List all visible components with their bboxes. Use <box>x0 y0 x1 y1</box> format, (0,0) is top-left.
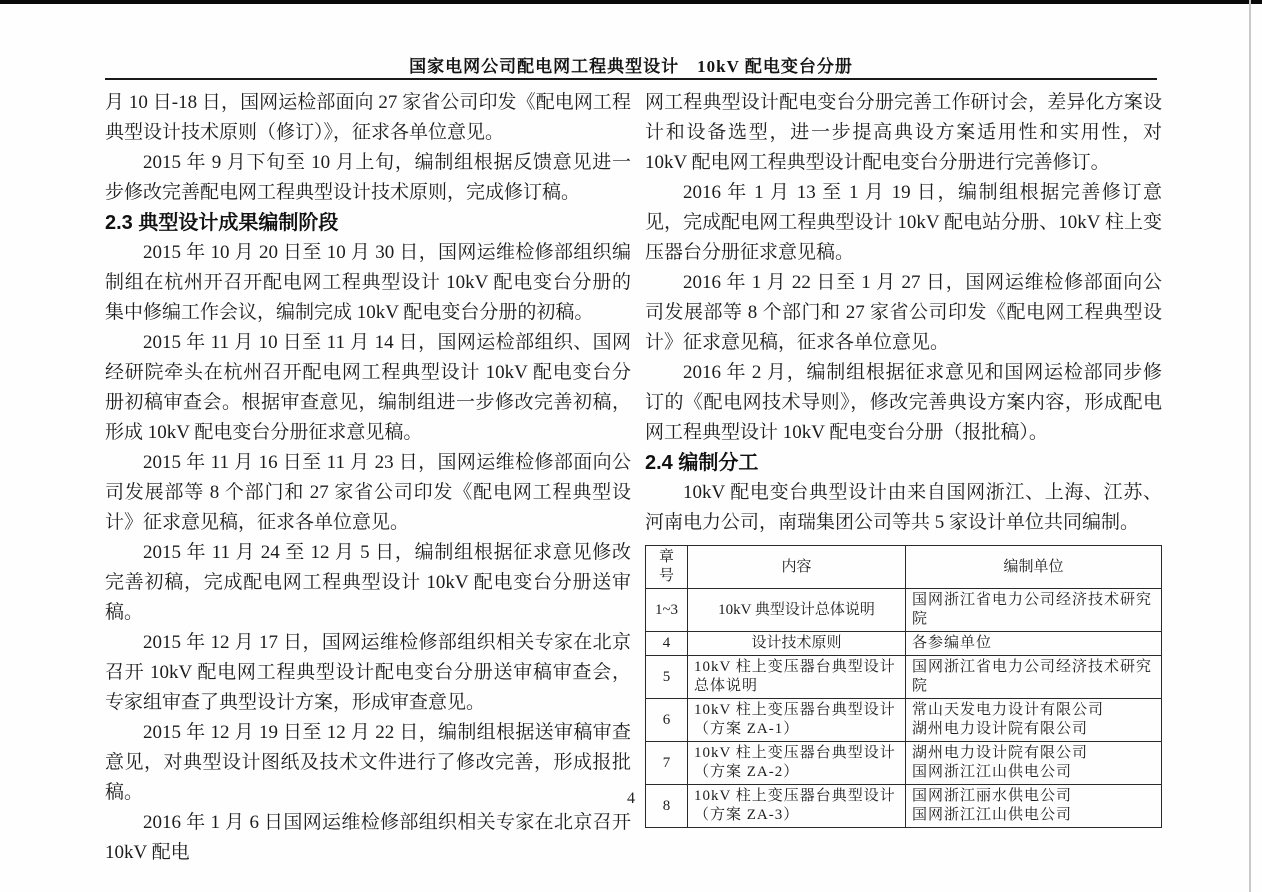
table-cell-unit: 国网浙江省电力公司经济技术研究院 <box>906 656 1162 699</box>
page-number: 4 <box>0 790 1262 808</box>
paragraph: 2016 年 1 月 6 日国网运维检修部组织相关专家在北京召开 10kV 配电 <box>105 808 631 868</box>
scan-artifact-top-strip <box>0 0 1262 4</box>
table-cell-content: 10kV 柱上变压器台典型设计（方案 ZA-2） <box>688 742 906 785</box>
table-header-unit: 编制单位 <box>906 546 1162 589</box>
paragraph: 2016 年 2 月，编制组根据征求意见和国网运检部同步修订的《配电网技术导则》… <box>645 358 1162 448</box>
table-row: 1~3 10kV 典型设计总体说明 国网浙江省电力公司经济技术研究院 <box>646 589 1162 632</box>
paragraph: 2015 年 9 月下旬至 10 月上旬，编制组根据反馈意见进一步修改完善配电网… <box>105 148 631 208</box>
table-header-content: 内容 <box>688 546 906 589</box>
table-cell-unit: 国网浙江省电力公司经济技术研究院 <box>906 589 1162 632</box>
compilation-assignment-table: 章 号 内容 编制单位 1~3 10kV 典型设计总体说明 国网浙江省电力公司经… <box>645 545 1162 828</box>
paragraph: 2015 年 11 月 16 日至 11 月 23 日，国网运维检修部面向公司发… <box>105 448 631 538</box>
table-row: 5 10kV 柱上变压器台典型设计总体说明 国网浙江省电力公司经济技术研究院 <box>646 656 1162 699</box>
section-heading-2-3: 2.3 典型设计成果编制阶段 <box>105 208 631 238</box>
paragraph: 10kV 配电变台典型设计由来自国网浙江、上海、江苏、河南电力公司，南瑞集团公司… <box>645 478 1162 538</box>
table-cell-chapter: 4 <box>646 632 688 656</box>
paragraph: 2016 年 1 月 13 至 1 月 19 日，编制组根据完善修订意见，完成配… <box>645 178 1162 268</box>
table-cell-chapter: 6 <box>646 699 688 742</box>
table-cell-content: 10kV 典型设计总体说明 <box>688 589 906 632</box>
column-right: 网工程典型设计配电变台分册完善工作研讨会，差异化方案设计和设备选型，进一步提高典… <box>645 88 1162 828</box>
section-heading-2-4: 2.4 编制分工 <box>645 448 1162 478</box>
table-row: 7 10kV 柱上变压器台典型设计（方案 ZA-2） 湖州电力设计院有限公司 国… <box>646 742 1162 785</box>
table-cell-chapter: 7 <box>646 742 688 785</box>
table-cell-chapter: 1~3 <box>646 589 688 632</box>
table-row: 6 10kV 柱上变压器台典型设计（方案 ZA-1） 常山天发电力设计有限公司 … <box>646 699 1162 742</box>
table-cell-content: 设计技术原则 <box>688 632 906 656</box>
paragraph-continuation: 月 10 日-18 日，国网运检部面向 27 家省公司印发《配电网工程典型设计技… <box>105 88 631 148</box>
paragraph: 2015 年 10 月 20 日至 10 月 30 日，国网运维检修部组织编制组… <box>105 238 631 328</box>
header-rule <box>105 78 1157 80</box>
document-page: 国家电网公司配电网工程典型设计 10kV 配电变台分册 月 10 日-18 日，… <box>0 0 1262 892</box>
table-cell-unit: 各参编单位 <box>906 632 1162 656</box>
column-left: 月 10 日-18 日，国网运检部面向 27 家省公司印发《配电网工程典型设计技… <box>105 88 631 868</box>
paragraph: 2016 年 1 月 22 日至 1 月 27 日，国网运维检修部面向公司发展部… <box>645 268 1162 358</box>
table-cell-content: 10kV 柱上变压器台典型设计（方案 ZA-1） <box>688 699 906 742</box>
table-cell-unit: 常山天发电力设计有限公司 湖州电力设计院有限公司 <box>906 699 1162 742</box>
page-header-title: 国家电网公司配电网工程典型设计 10kV 配电变台分册 <box>0 52 1262 77</box>
table-header-chapter: 章 号 <box>646 546 688 589</box>
table-cell-content: 10kV 柱上变压器台典型设计总体说明 <box>688 656 906 699</box>
table-header-row: 章 号 内容 编制单位 <box>646 546 1162 589</box>
table-cell-unit: 湖州电力设计院有限公司 国网浙江江山供电公司 <box>906 742 1162 785</box>
paragraph: 2015 年 11 月 10 日至 11 月 14 日，国网运检部组织、国网经研… <box>105 328 631 448</box>
paragraph: 2015 年 11 月 24 至 12 月 5 日，编制组根据征求意见修改完善初… <box>105 538 631 628</box>
paragraph: 2015 年 12 月 17 日，国网运维检修部组织相关专家在北京召开 10kV… <box>105 628 631 718</box>
scan-artifact-right-line <box>1249 0 1251 892</box>
table-row: 4 设计技术原则 各参编单位 <box>646 632 1162 656</box>
paragraph-continuation: 网工程典型设计配电变台分册完善工作研讨会，差异化方案设计和设备选型，进一步提高典… <box>645 88 1162 178</box>
table-cell-chapter: 5 <box>646 656 688 699</box>
